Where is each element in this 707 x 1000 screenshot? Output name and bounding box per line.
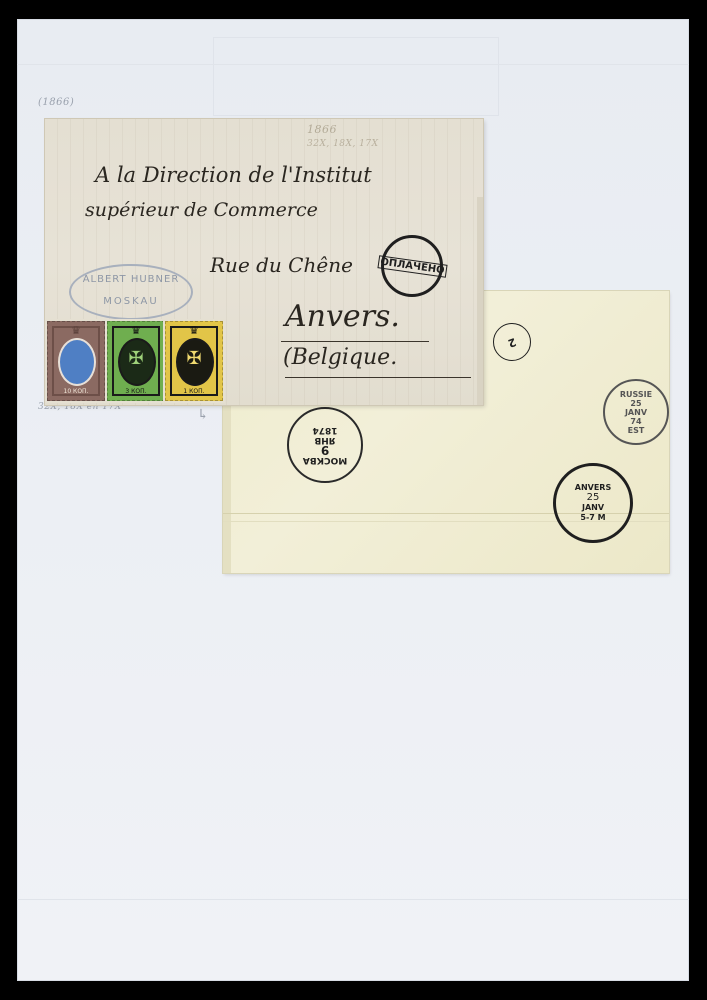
title-box	[213, 37, 499, 116]
eagle-icon: ✠	[108, 348, 164, 369]
address-line-3: Rue du Chêne	[210, 253, 353, 277]
address-country: (Belgique.	[283, 345, 397, 370]
pencil-year: 1866	[307, 123, 337, 136]
postmark-moscow: МОСКВА 9 ЯНВ 1874	[287, 407, 363, 483]
album-page: (1866) 32X, 18X en 17X ↳ 2 МОСКВА 9 ЯНВ …	[17, 19, 689, 981]
postmark-anvers: ANVERS 25 JANV 5-7 M	[553, 463, 633, 543]
stamp-10-kopeck: ♛ 10 КОП.	[47, 321, 105, 401]
stamp-3-kopeck: ♛ ✠ 3 КОП.	[107, 321, 165, 401]
page-rule	[17, 899, 689, 900]
postmark-russie-est: RUSSIE 25 JANV 74 EST	[603, 379, 669, 445]
paid-cancel: ОПЛАЧЕНО	[381, 235, 443, 297]
cover-flap	[477, 197, 483, 405]
address-line-2: supérieur de Commerce	[85, 199, 318, 221]
pencil-year-note: (1866)	[38, 97, 74, 108]
eagle-icon: ✠	[166, 348, 222, 369]
address-city: Anvers.	[285, 299, 400, 334]
stamp-1-kopeck: ♛ ✠ 1 КОП.	[165, 321, 223, 401]
address-line-1: A la Direction de l'Institut	[95, 163, 372, 187]
cover-front: 1866 32X, 18X, 17X A la Direction de l'I…	[45, 119, 483, 405]
page-rule	[17, 64, 689, 65]
pencil-catalogue: 32X, 18X, 17X	[307, 139, 379, 149]
small-circle-mark: 2	[493, 323, 531, 361]
sender-handstamp: ALBERT HUBNER MOSKAU	[69, 264, 193, 320]
turn-over-arrow-icon: ↳	[197, 407, 209, 423]
